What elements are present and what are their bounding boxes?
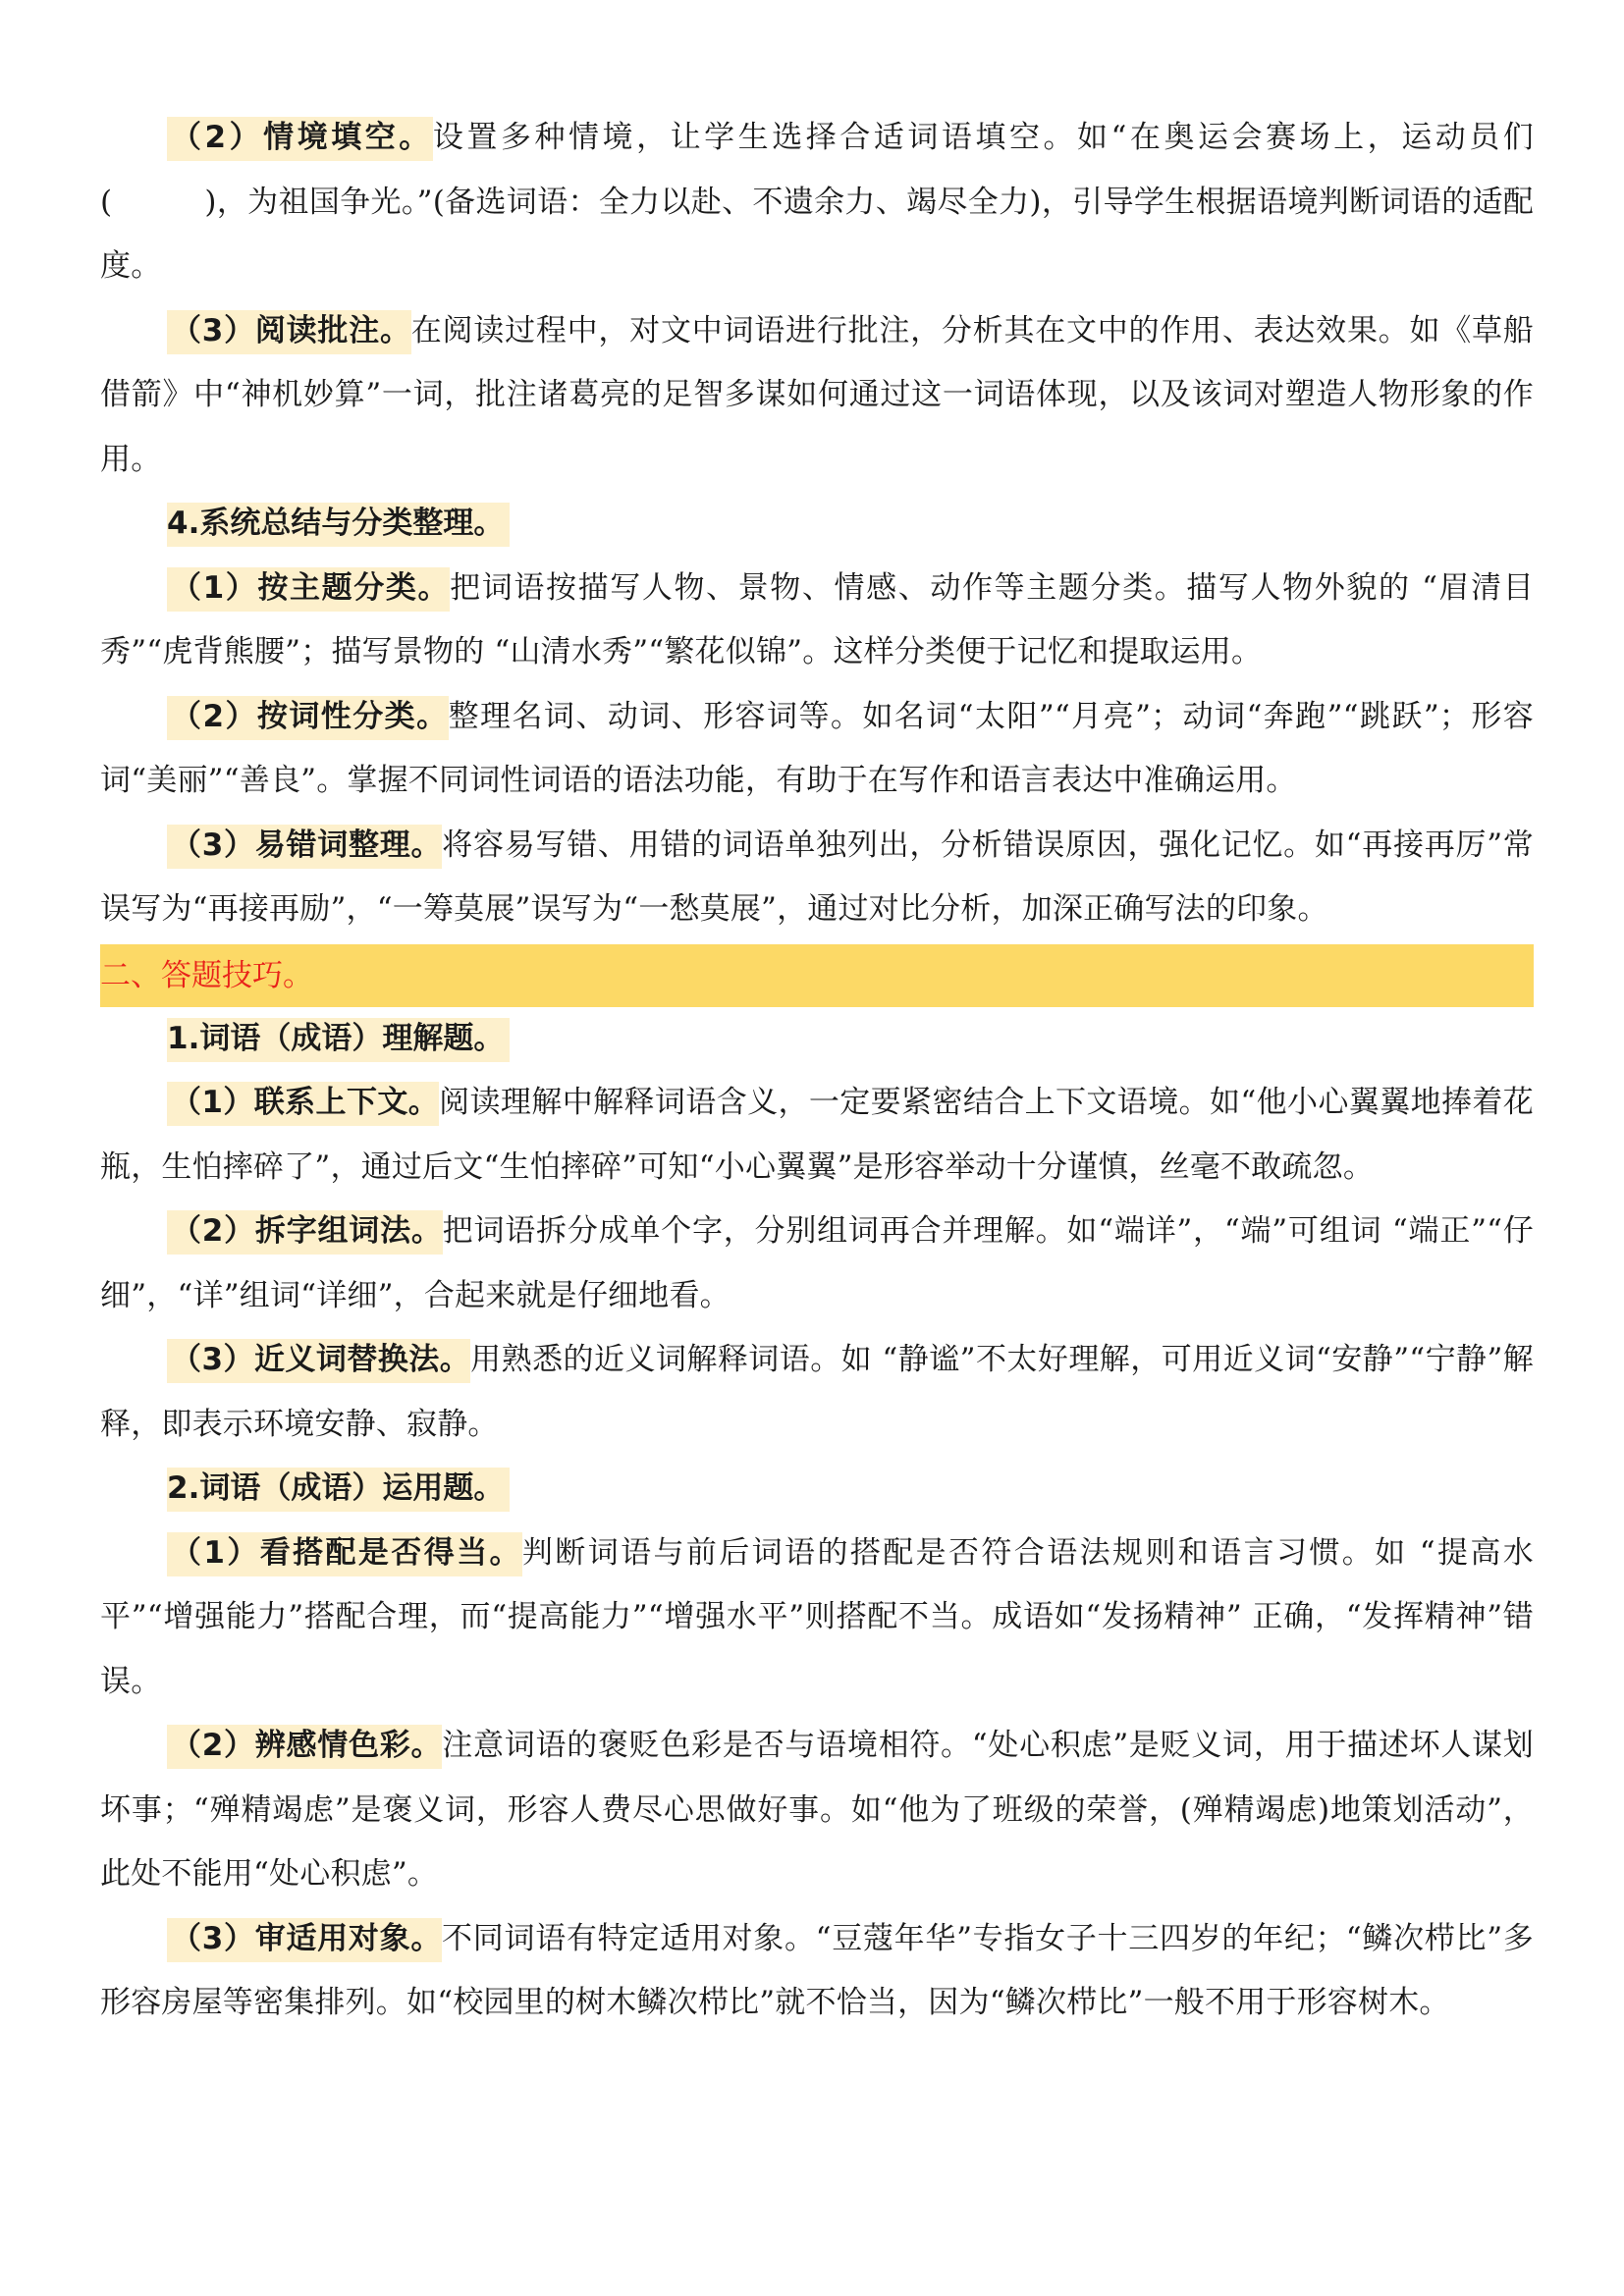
subheading-word-comprehension: 1.词语（成语）理解题。 [100, 1007, 1534, 1072]
subheading-text: 1.词语（成语）理解题。 [167, 1018, 510, 1062]
paragraph-synonym-replacement: （3）近义词替换法。用熟悉的近义词解释词语。如 “静谧”不太好理解，可用近义词“… [100, 1328, 1534, 1457]
paragraph-by-theme: （1）按主题分类。把词语按描写人物、景物、情感、动作等主题分类。描写人物外貌的 … [100, 557, 1534, 685]
paragraph-context: （1）联系上下文。阅读理解中解释词语含义，一定要紧密结合上下文语境。如“他小心翼… [100, 1071, 1534, 1200]
paragraph-split-characters: （2）拆字组词法。把词语拆分成单个字，分别组词再合并理解。如“端详”，“端”可组… [100, 1200, 1534, 1328]
paragraph-emotional-color: （2）辨感情色彩。注意词语的褒贬色彩是否与语境相符。“处心积虑”是贬义词，用于描… [100, 1714, 1534, 1907]
highlighted-lead: （1）看搭配是否得当。 [167, 1532, 522, 1576]
highlighted-lead: （2）辨感情色彩。 [167, 1725, 442, 1769]
highlighted-lead: （3）近义词替换法。 [167, 1339, 470, 1383]
subheading-text: 4.系统总结与分类整理。 [167, 503, 510, 547]
paragraph-by-part-of-speech: （2）按词性分类。整理名词、动词、形容词等。如名词“太阳”“月亮”；动词“奔跑”… [100, 685, 1534, 814]
paragraph-collocation: （1）看搭配是否得当。判断词语与前后词语的搭配是否符合语法规则和语言习惯。如 “… [100, 1522, 1534, 1715]
highlighted-lead: （2）情境填空。 [167, 117, 433, 161]
highlighted-lead: （2）按词性分类。 [167, 696, 449, 740]
highlighted-lead: （2）拆字组词法。 [167, 1210, 443, 1255]
highlighted-lead: （3）审适用对象。 [167, 1918, 442, 1962]
paragraph-reading-annotation: （3）阅读批注。在阅读过程中，对文中词语进行批注，分析其在文中的作用、表达效果。… [100, 299, 1534, 493]
subheading-systematic-summary: 4.系统总结与分类整理。 [100, 492, 1534, 557]
highlighted-lead: （3）易错词整理。 [167, 825, 442, 869]
subheading-text: 2.词语（成语）运用题。 [167, 1468, 510, 1512]
section-heading-answer-techniques: 二、答题技巧。 [100, 944, 1534, 1007]
paragraph-error-prone-words: （3）易错词整理。将容易写错、用错的词语单独列出，分析错误原因，强化记忆。如“再… [100, 814, 1534, 942]
highlighted-lead: （1）按主题分类。 [167, 567, 450, 612]
highlighted-lead: （3）阅读批注。 [167, 310, 411, 354]
highlighted-lead: （1）联系上下文。 [167, 1082, 439, 1126]
paragraph-situational-fill: （2）情境填空。设置多种情境，让学生选择合适词语填空。如“在奥运会赛场上，运动员… [100, 106, 1534, 299]
document-page: （2）情境填空。设置多种情境，让学生选择合适词语填空。如“在奥运会赛场上，运动员… [100, 106, 1534, 2036]
paragraph-applicable-object: （3）审适用对象。不同词语有特定适用对象。“豆蔻年华”专指女子十三四岁的年纪；“… [100, 1907, 1534, 2036]
subheading-word-usage: 2.词语（成语）运用题。 [100, 1457, 1534, 1522]
